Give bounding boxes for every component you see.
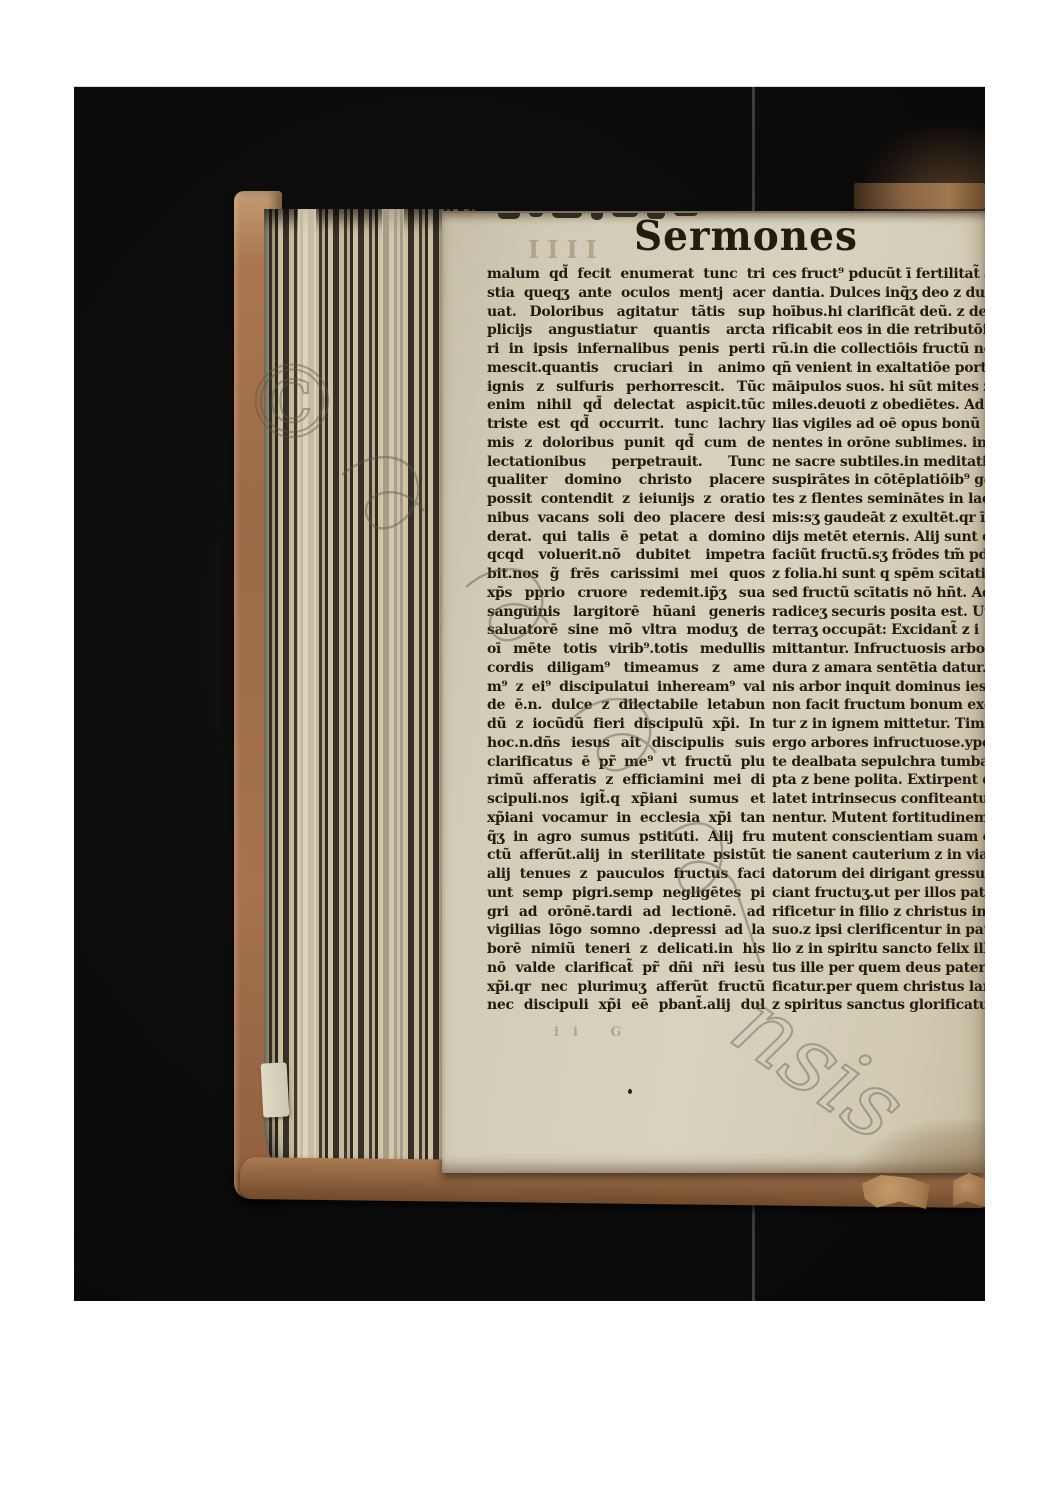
text-line: z folia.hi sunt q spēm scītatis — [772, 565, 985, 584]
text-line: triste est qd̃ occurrit. tunc lachry — [487, 415, 765, 434]
text-line: sed fructũ scītatis nō hñt. Ad — [772, 584, 985, 603]
text-line: mittantur. Infructuosis arbo — [772, 640, 985, 659]
text-line: vigilias lōgo somno .depressi ad la — [487, 921, 765, 940]
text-line: tus ille per quem deus pater c — [772, 959, 985, 978]
text-line: qualiter domino christo placere — [487, 471, 765, 490]
text-line: terraʒ occupāt: Excidant̃ z i — [772, 621, 985, 640]
text-line: nis arbor inquit dominus iesu — [772, 678, 985, 697]
text-line: clarificatus ē pr̃ me⁹ vt fructũ plu — [487, 753, 765, 772]
text-line: ficatur.per quem christus lar — [772, 978, 985, 997]
text-line: non facit fructum bonum exc — [772, 696, 985, 715]
text-column-right: ces fruct⁹ pducũt ī fertilitat̃ adantia.… — [772, 265, 985, 1015]
text-line: mis z doloribus punit qd̃ cum de — [487, 434, 765, 453]
text-line: qñ venient in exaltatiōe portā — [772, 359, 985, 378]
text-column-left: malum qd̃ fecit enumerat tunc tristia qu… — [487, 265, 765, 1015]
open-page: IIII Sermones malum qd̃ fecit enumerat t… — [442, 211, 985, 1173]
scanned-book-photograph: IIII Sermones malum qd̃ fecit enumerat t… — [0, 0, 1060, 1500]
text-line: rimũ afferatis z efficiamini mei di — [487, 771, 765, 790]
text-line: lio z in spiritu sancto felix ille. — [772, 940, 985, 959]
text-line: plicijs angustiatur quantis arcta — [487, 321, 765, 340]
text-line: lectationibus perpetrauit. Tunc — [487, 453, 765, 472]
text-line: derat. qui talis ē petat a domino — [487, 528, 765, 547]
text-line: alij tenues z pauculos fructus faci — [487, 865, 765, 884]
text-line: suo.z ipsi clerificentur in patre — [772, 921, 985, 940]
text-line: rificabit eos in die retributōis. — [772, 321, 985, 340]
text-line: uat. Doloribus agitatur tãtis sup — [487, 303, 765, 322]
text-line: enim nihil qd̃ delectat aspicit.tũc — [487, 396, 765, 415]
text-line: ignis z sulfuris perhorrescit. Tũc — [487, 378, 765, 397]
text-line: tie sanent cauterium z in via — [772, 846, 985, 865]
ink-speck — [628, 1089, 632, 1094]
text-line: oī mēte totis virib⁹.totis medullis — [487, 640, 765, 659]
signature-mark-showthrough: ii G — [554, 1025, 636, 1040]
text-line: ciant fructuʒ.ut per illos pate — [772, 884, 985, 903]
text-line: nentur. Mutent fortitudinem — [772, 809, 985, 828]
loose-page-tab — [261, 1062, 290, 1117]
text-line: z spiritus sanctus glorificatu — [772, 996, 985, 1015]
text-line: nec discipuli xp̃i eē pbant̃.alij dul — [487, 996, 765, 1015]
text-line: borē nimiũ teneri z delicati.in his — [487, 940, 765, 959]
text-line: xp̃i.qr nec plurimuʒ afferũt fructũ — [487, 978, 765, 997]
text-line: ces fruct⁹ pducũt ī fertilitat̃ a — [772, 265, 985, 284]
text-line: tes z flentes seminātes in lach — [772, 490, 985, 509]
text-line: te dealbata sepulchra tumba — [772, 753, 985, 772]
text-line: ergo arbores infructuose.ypo — [772, 734, 985, 753]
text-line: māipulos suos. hi sũt mites z — [772, 378, 985, 397]
text-line: qcqd voluerit.nõ dubitet impetra — [487, 546, 765, 565]
text-line: dantia. Dulces inq̃ʒ deo z dul — [772, 284, 985, 303]
text-line: latet intrinsecus confiteantur — [772, 790, 985, 809]
text-line: ri in ipsis infernalibus penis perti — [487, 340, 765, 359]
text-line: q̃ʒ in agro sumus pstituti. Alij fru — [487, 828, 765, 847]
text-line: mescit.quantis cruciari in animo — [487, 359, 765, 378]
text-line: possit contendit z ieiunijs z oratio — [487, 490, 765, 509]
text-line: suspirātes in cōtēplatiōib⁹ ge — [772, 471, 985, 490]
page-title: Sermones — [634, 214, 864, 259]
text-line: m⁹ z ei⁹ discipulatui inheream⁹ val — [487, 678, 765, 697]
text-line: tur z in ignem mittetur. Tim — [772, 715, 985, 734]
text-line: ctũ afferũt.alij in sterilitate psistũt — [487, 846, 765, 865]
text-line: radiceʒ securis posita est. Ut c — [772, 603, 985, 622]
text-line: sanguinis largitorē hũani generis — [487, 603, 765, 622]
text-line: malum qd̃ fecit enumerat tunc tri — [487, 265, 765, 284]
text-line: unt semp pigri.semp negligētes pi — [487, 884, 765, 903]
text-line: datorum dei dirigant gressum — [772, 865, 985, 884]
text-line: xp̃iani vocamur in ecclesia xp̃i tan — [487, 809, 765, 828]
bottom-corner-stain — [855, 1119, 985, 1173]
top-right-cover-edge — [854, 183, 985, 209]
text-line: bit.nos g̃ frēs carissimi mei quos — [487, 565, 765, 584]
text-line: hoībus.hi clarificāt deũ. z de⁹ — [772, 303, 985, 322]
text-line: miles.deuoti z obediētes. Ad — [772, 396, 985, 415]
photo-backdrop: IIII Sermones malum qd̃ fecit enumerat t… — [74, 86, 985, 1301]
text-line: dũ z iocũdũ fieri discipulũ xp̃i. In — [487, 715, 765, 734]
text-line: mis:sʒ gaudeāt z exultēt.qr ī g — [772, 509, 985, 528]
text-line: saluatorē sine mõ vltra moduʒ de — [487, 621, 765, 640]
text-line: pta z bene polita. Extirpent q — [772, 771, 985, 790]
text-line: mutent conscientiam suam co — [772, 828, 985, 847]
text-line: scipuli.nos igit̃.q xp̃iani sumus et — [487, 790, 765, 809]
text-line: rũ.in die collectiōis fructũ nor — [772, 340, 985, 359]
roman-numeral-showthrough: IIII — [528, 235, 605, 264]
text-line: stia queqʒ ante oculos mentj acer — [487, 284, 765, 303]
text-line: dijs metēt eternis. Alij sunt q — [772, 528, 985, 547]
text-line: gri ad orōnē.tardi ad lectionē. ad — [487, 903, 765, 922]
text-line: hoc.n.dñs iesus ait discipulis suis — [487, 734, 765, 753]
text-line: lias vigiles ad oē opus bonũ — [772, 415, 985, 434]
top-board-edge — [320, 188, 920, 206]
text-line: ne sacre subtiles.in meditation — [772, 453, 985, 472]
text-line: nibus vacans soli deo placere desi — [487, 509, 765, 528]
text-line: dura z amara sentētia datur. — [772, 659, 985, 678]
text-line: faciũt fructũ.sʒ frōdes tm̃ pdu — [772, 546, 985, 565]
text-line: cordis diligam⁹ timeamus z ame — [487, 659, 765, 678]
text-line: nentes in orōne sublimes. in le — [772, 434, 985, 453]
text-line: xp̃s pprio cruore redemit.ip̃ʒ sua — [487, 584, 765, 603]
text-line: de ē.n. dulce z dilectabile letabun — [487, 696, 765, 715]
text-line: rificetur in filio z christus in p — [772, 903, 985, 922]
text-line: nō valde clarificat̃ pr̃ dñi nr̃i iesu — [487, 959, 765, 978]
